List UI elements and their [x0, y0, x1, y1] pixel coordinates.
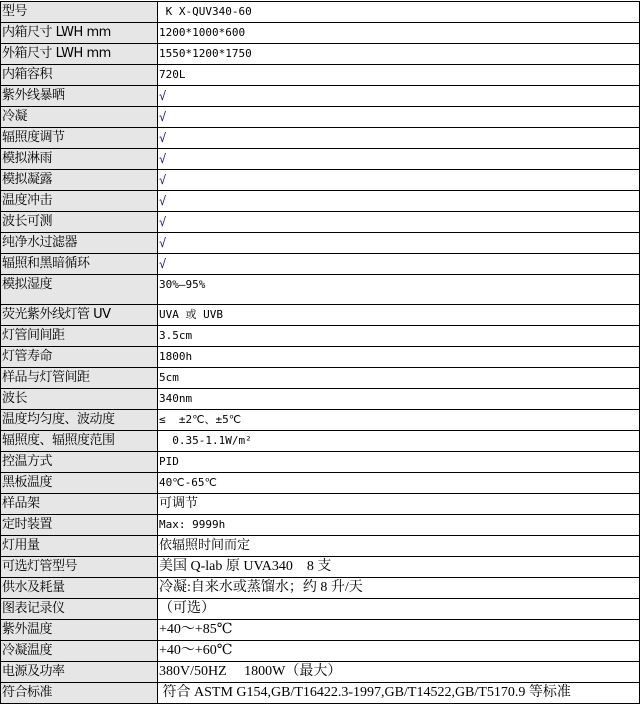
spec-value: 符合 ASTM G154,GB/T16422.3-1997,GB/T14522,…	[158, 683, 640, 704]
spec-label: 温度冲击	[1, 191, 158, 212]
spec-label: 紫外线暴晒	[1, 86, 158, 107]
check-mark-value: √	[158, 86, 640, 107]
check-mark-value: √	[158, 233, 640, 254]
spec-label: 内箱尺寸 LWH mm	[1, 23, 158, 44]
table-row: 内箱容积720L	[1, 65, 640, 86]
table-row: 温度均匀度、波动度≤ ±2℃、±5℃	[1, 410, 640, 431]
spec-value: 0.35-1.1W/m²	[158, 431, 640, 452]
table-row: 波长可测√	[1, 212, 640, 233]
spec-label: 可选灯管型号	[1, 557, 158, 578]
spec-value: 可调节	[158, 494, 640, 515]
spec-label: 模拟湿度	[1, 275, 158, 305]
spec-label: 控温方式	[1, 452, 158, 473]
spec-value: 美国 Q-lab 原 UVA340 8 支	[158, 557, 640, 578]
spec-value: 720L	[158, 65, 640, 86]
spec-label: 辐照和黑暗循环	[1, 254, 158, 275]
spec-value: 依辐照时间而定	[158, 536, 640, 557]
spec-label: 辐照度、辐照度范围	[1, 431, 158, 452]
spec-label: 符合标准	[1, 683, 158, 704]
spec-label: 冷凝	[1, 107, 158, 128]
table-row: 辐照和黑暗循环√	[1, 254, 640, 275]
spec-value: 1800h	[158, 347, 640, 368]
spec-label: 图表记录仪	[1, 599, 158, 620]
spec-value: Max: 9999h	[158, 515, 640, 536]
table-row: 黑板温度40℃-65℃	[1, 473, 640, 494]
table-row: 可选灯管型号美国 Q-lab 原 UVA340 8 支	[1, 557, 640, 578]
table-row: 样品架可调节	[1, 494, 640, 515]
table-row: 符合标准 符合 ASTM G154,GB/T16422.3-1997,GB/T1…	[1, 683, 640, 704]
spec-value: （可选）	[158, 599, 640, 620]
table-row: 纯净水过滤器√	[1, 233, 640, 254]
check-mark-value: √	[158, 212, 640, 233]
table-row: 温度冲击√	[1, 191, 640, 212]
spec-label: 电源及功率	[1, 662, 158, 683]
spec-value: 5cm	[158, 368, 640, 389]
table-row: 波长340nm	[1, 389, 640, 410]
spec-label: 波长可测	[1, 212, 158, 233]
spec-value: K X-QUV340-60	[158, 2, 640, 23]
spec-label: 黑板温度	[1, 473, 158, 494]
spec-value: 40℃-65℃	[158, 473, 640, 494]
spec-label: 冷凝温度	[1, 641, 158, 662]
table-row: 辐照度调节√	[1, 128, 640, 149]
table-row: 内箱尺寸 LWH mm1200*1000*600	[1, 23, 640, 44]
spec-value: 30%—95%	[158, 275, 640, 305]
spec-label: 外箱尺寸 LWH mm	[1, 44, 158, 65]
table-row: 灯管间间距3.5cm	[1, 326, 640, 347]
table-row: 冷凝温度+40～+60℃	[1, 641, 640, 662]
spec-label: 灯管寿命	[1, 347, 158, 368]
table-row: 图表记录仪（可选）	[1, 599, 640, 620]
spec-value: PID	[158, 452, 640, 473]
table-row: 灯管寿命1800h	[1, 347, 640, 368]
spec-label: 纯净水过滤器	[1, 233, 158, 254]
spec-label: 模拟凝露	[1, 170, 158, 191]
table-row: 模拟淋雨√	[1, 149, 640, 170]
table-row: 紫外温度+40～+85℃	[1, 620, 640, 641]
table-row: 模拟凝露√	[1, 170, 640, 191]
spec-value: ≤ ±2℃、±5℃	[158, 410, 640, 431]
spec-label: 荧光紫外线灯管 UV	[1, 305, 158, 326]
table-row: 外箱尺寸 LWH mm1550*1200*1750	[1, 44, 640, 65]
table-row: 荧光紫外线灯管 UVUVA 或 UVB	[1, 305, 640, 326]
spec-value: +40～+60℃	[158, 641, 640, 662]
table-row: 定时装置Max: 9999h	[1, 515, 640, 536]
table-row: 紫外线暴晒√	[1, 86, 640, 107]
spec-label: 灯用量	[1, 536, 158, 557]
spec-label: 定时装置	[1, 515, 158, 536]
table-row: 冷凝√	[1, 107, 640, 128]
check-mark-value: √	[158, 107, 640, 128]
spec-label: 辐照度调节	[1, 128, 158, 149]
spec-label: 灯管间间距	[1, 326, 158, 347]
check-mark-value: √	[158, 191, 640, 212]
spec-value: 1550*1200*1750	[158, 44, 640, 65]
spec-label: 样品与灯管间距	[1, 368, 158, 389]
table-row: 控温方式PID	[1, 452, 640, 473]
spec-value: 3.5cm	[158, 326, 640, 347]
table-row: 灯用量依辐照时间而定	[1, 536, 640, 557]
spec-label: 模拟淋雨	[1, 149, 158, 170]
table-row: 辐照度、辐照度范围 0.35-1.1W/m²	[1, 431, 640, 452]
spec-label: 样品架	[1, 494, 158, 515]
table-row: 样品与灯管间距5cm	[1, 368, 640, 389]
spec-value: 340nm	[158, 389, 640, 410]
check-mark-value: √	[158, 149, 640, 170]
table-row: 模拟湿度30%—95%	[1, 275, 640, 305]
table-row: 供水及耗量冷凝:自来水或蒸馏水；约 8 升/天	[1, 578, 640, 599]
spec-label: 供水及耗量	[1, 578, 158, 599]
spec-value: 冷凝:自来水或蒸馏水；约 8 升/天	[158, 578, 640, 599]
spec-label: 型号	[1, 2, 158, 23]
spec-table-body: 型号 K X-QUV340-60内箱尺寸 LWH mm1200*1000*600…	[1, 2, 640, 704]
spec-value: +40～+85℃	[158, 620, 640, 641]
spec-label: 波长	[1, 389, 158, 410]
spec-value: 1200*1000*600	[158, 23, 640, 44]
spec-label: 温度均匀度、波动度	[1, 410, 158, 431]
table-row: 型号 K X-QUV340-60	[1, 2, 640, 23]
spec-label: 内箱容积	[1, 65, 158, 86]
check-mark-value: √	[158, 128, 640, 149]
check-mark-value: √	[158, 254, 640, 275]
spec-table: 型号 K X-QUV340-60内箱尺寸 LWH mm1200*1000*600…	[0, 1, 640, 704]
check-mark-value: √	[158, 170, 640, 191]
spec-value: UVA 或 UVB	[158, 305, 640, 326]
spec-label: 紫外温度	[1, 620, 158, 641]
table-row: 电源及功率380V/50HZ 1800W（最大）	[1, 662, 640, 683]
spec-value: 380V/50HZ 1800W（最大）	[158, 662, 640, 683]
